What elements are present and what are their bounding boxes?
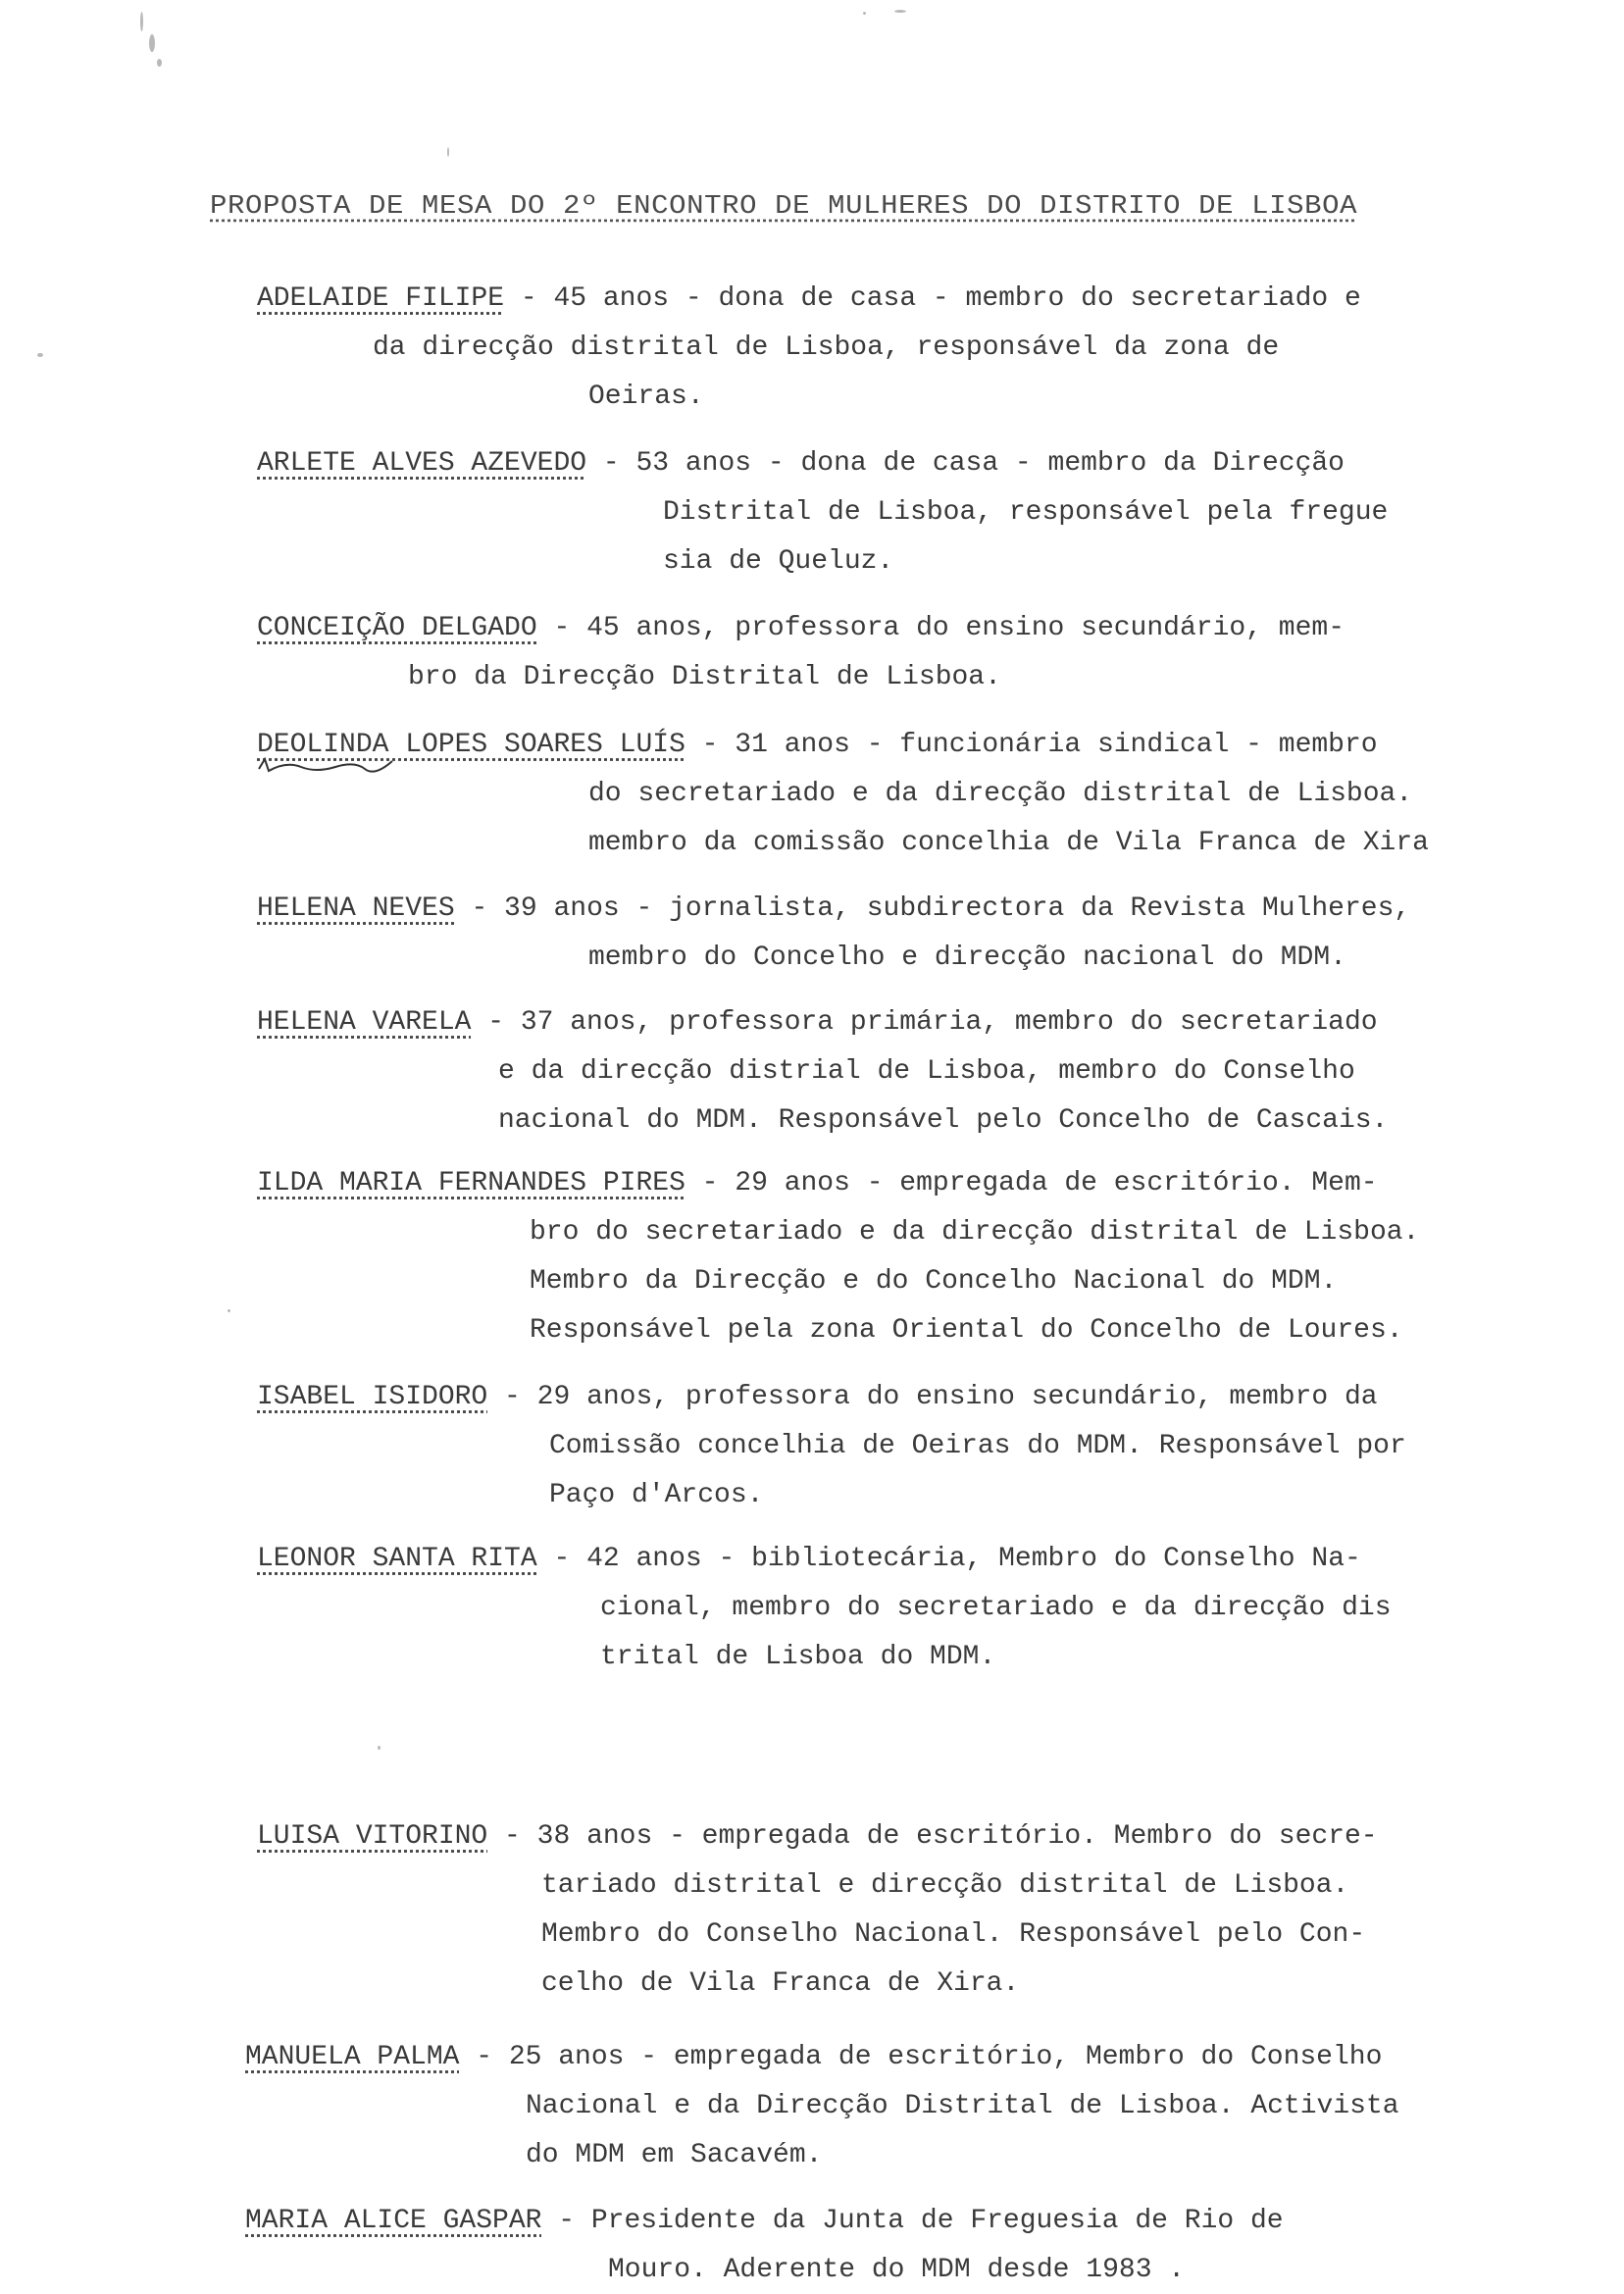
member-name: CONCEIÇÃO DELGADO bbox=[257, 613, 537, 643]
member-description: nacional do MDM. Responsável pelo Concel… bbox=[498, 1096, 1388, 1146]
member-name: LUISA VITORINO bbox=[257, 1821, 487, 1852]
member-description: - Presidente da Junta de Freguesia de Ri… bbox=[541, 2206, 1283, 2236]
member-name: HELENA VARELA bbox=[257, 1007, 471, 1038]
member-description: - 39 anos - jornalista, subdirectora da … bbox=[455, 893, 1411, 924]
member-description: - 37 anos, professora primária, membro d… bbox=[471, 1007, 1377, 1038]
member-description: - 45 anos, professora do ensino secundár… bbox=[537, 613, 1345, 643]
member-description: bro do secretariado e da direcção distri… bbox=[530, 1208, 1419, 1257]
member-name: MARIA ALICE GASPAR bbox=[245, 2206, 541, 2236]
member-description: Oeiras. bbox=[588, 373, 704, 422]
member-description: Nacional e da Direcção Distrital de Lisb… bbox=[526, 2082, 1399, 2131]
member-description: Membro da Direcção e do Concelho Naciona… bbox=[530, 1257, 1337, 1306]
scan-speck bbox=[149, 34, 155, 52]
member-description: sia de Queluz. bbox=[663, 537, 893, 586]
member-description: cional, membro do secretariado e da dire… bbox=[600, 1584, 1392, 1633]
scan-speck bbox=[447, 147, 449, 157]
member-description: Responsável pela zona Oriental do Concel… bbox=[530, 1306, 1403, 1355]
member-description: da direcção distrital de Lisboa, respons… bbox=[373, 324, 1279, 373]
member-description: do MDM em Sacavém. bbox=[526, 2131, 822, 2180]
member-description: bro da Direcção Distrital de Lisboa. bbox=[408, 653, 1001, 702]
member-description: - 42 anos - bibliotecária, Membro do Con… bbox=[537, 1544, 1361, 1574]
member-description: - 45 anos - dona de casa - membro do sec… bbox=[504, 283, 1361, 314]
scan-speck bbox=[378, 1746, 381, 1750]
member-name: ADELAIDE FILIPE bbox=[257, 283, 504, 314]
member-name: LEONOR SANTA RITA bbox=[257, 1544, 537, 1574]
member-description: membro da comissão concelhia de Vila Fra… bbox=[588, 819, 1429, 868]
scan-speck bbox=[157, 59, 162, 67]
member-description: - 25 anos - empregada de escritório, Mem… bbox=[459, 2042, 1382, 2072]
member-description: Paço d'Arcos. bbox=[549, 1471, 763, 1520]
member-description: - 53 anos - dona de casa - membro da Dir… bbox=[586, 448, 1345, 479]
member-description: tariado distrital e direcção distrital d… bbox=[541, 1861, 1348, 1911]
member-description: - 29 anos - empregada de escritório. Mem… bbox=[685, 1168, 1378, 1198]
member-description: membro do Concelho e direcção nacional d… bbox=[588, 934, 1346, 983]
member-description: do secretariado e da direcção distrital … bbox=[588, 770, 1412, 819]
member-name: ISABEL ISIDORO bbox=[257, 1382, 487, 1412]
scan-speck bbox=[228, 1309, 230, 1312]
scan-speck bbox=[37, 353, 43, 357]
member-description: e da direcção distrial de Lisboa, membro… bbox=[498, 1047, 1355, 1096]
member-name: ARLETE ALVES AZEVEDO bbox=[257, 448, 586, 479]
member-description: celho de Vila Franca de Xira. bbox=[541, 1960, 1019, 2009]
member-description: Comissão concelhia de Oeiras do MDM. Res… bbox=[549, 1422, 1406, 1471]
member-description: Membro do Conselho Nacional. Responsável… bbox=[541, 1911, 1365, 1960]
handwritten-squiggle-mark bbox=[257, 755, 394, 775]
scanned-page: PROPOSTA DE MESA DO 2º ENCONTRO DE MULHE… bbox=[0, 0, 1624, 2294]
member-description: Distrital de Lisboa, responsável pela fr… bbox=[663, 488, 1388, 537]
member-name: HELENA NEVES bbox=[257, 893, 455, 924]
member-description: trital de Lisboa do MDM. bbox=[600, 1633, 995, 1682]
scan-speck bbox=[894, 10, 906, 13]
member-name: MANUELA PALMA bbox=[245, 2042, 459, 2072]
member-description: - 31 anos - funcionária sindical - membr… bbox=[685, 730, 1378, 760]
scan-speck bbox=[863, 12, 866, 15]
member-description: - 38 anos - empregada de escritório. Mem… bbox=[487, 1821, 1377, 1852]
member-name: ILDA MARIA FERNANDES PIRES bbox=[257, 1168, 685, 1198]
document-title: PROPOSTA DE MESA DO 2º ENCONTRO DE MULHE… bbox=[210, 191, 1357, 221]
member-description: - 29 anos, professora do ensino secundár… bbox=[487, 1382, 1377, 1412]
scan-speck bbox=[140, 12, 143, 31]
member-description: Mouro. Aderente do MDM desde 1983 . bbox=[608, 2246, 1185, 2294]
